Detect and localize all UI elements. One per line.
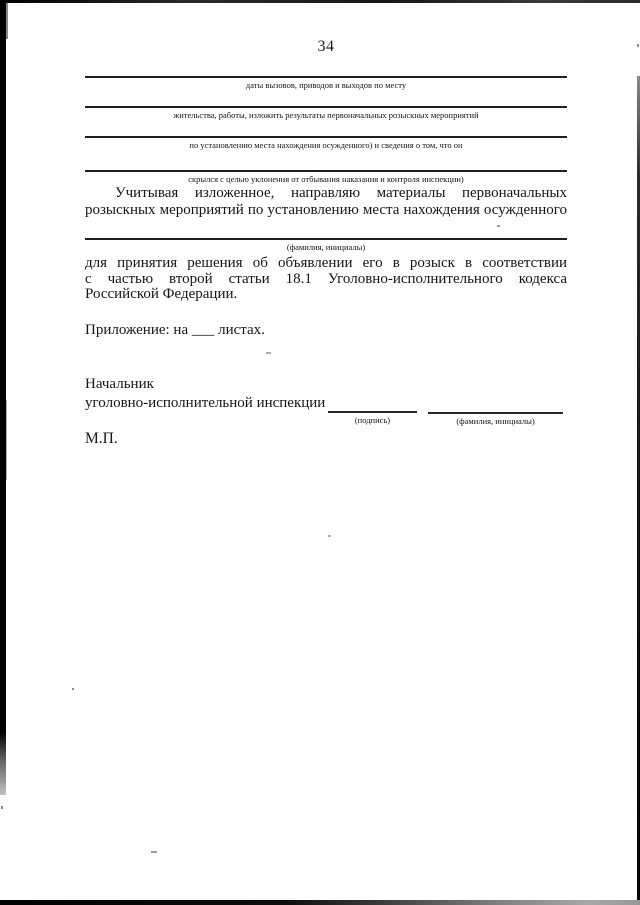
page-number: 34 xyxy=(85,38,567,56)
form-ruled-row-1: даты вызовов, приводов и выходов по мест… xyxy=(85,76,567,90)
name-caption: (фамилия, инициалы) xyxy=(428,417,563,426)
scan-edge-left-sliver xyxy=(6,400,7,480)
form-ruled-row-4: скрылся с целью уклонения от отбывания н… xyxy=(85,170,567,184)
paragraph-considering: Учитывая изложенное, направляю материалы… xyxy=(85,185,567,219)
scan-artifact xyxy=(497,225,500,227)
paragraph-line: Российской Федерации. xyxy=(85,287,567,303)
name-line-caption: (фамилия, инициалы) xyxy=(85,240,567,252)
ruled-line-caption: даты вызовов, приводов и выходов по мест… xyxy=(85,78,567,90)
paragraph-line: для принятия решения об объявлении его в… xyxy=(85,256,567,272)
scan-edge-top xyxy=(0,0,640,3)
attachment-note: Приложение: на ___ листах. xyxy=(85,322,265,338)
scan-artifact xyxy=(637,44,639,47)
scanned-document-page: 34 даты вызовов, приводов и выходов по м… xyxy=(0,0,640,905)
signer-title-line-1: Начальник xyxy=(85,376,154,393)
signature-blank-line xyxy=(328,411,417,413)
scan-artifact xyxy=(266,352,271,354)
signature-caption: (подпись) xyxy=(328,416,417,425)
form-ruled-row-3: по установлению места нахождения осужден… xyxy=(85,136,567,150)
scan-edge-left-sliver xyxy=(6,3,8,39)
scan-edge-left xyxy=(0,0,6,795)
ruled-line-caption: жительства, работы, изложить результаты … xyxy=(85,108,567,120)
scan-artifact xyxy=(151,851,157,853)
stamp-placeholder: М.П. xyxy=(85,430,118,448)
scan-artifact xyxy=(1,778,3,782)
form-ruled-row-2: жительства, работы, изложить результаты … xyxy=(85,106,567,120)
form-name-blank-row: (фамилия, инициалы) xyxy=(85,238,567,252)
paragraph-line: Учитывая изложенное, направляю материалы… xyxy=(85,185,567,202)
ruled-line-caption: скрылся с целью уклонения от отбывания н… xyxy=(85,172,567,184)
scan-artifact xyxy=(72,688,74,690)
scan-edge-bottom xyxy=(0,900,640,905)
ruled-line-caption: по установлению места нахождения осужден… xyxy=(85,138,567,150)
scan-artifact xyxy=(1,806,3,809)
paragraph-line: розыскных мероприятий по установлению ме… xyxy=(85,202,567,219)
scan-artifact xyxy=(328,535,331,537)
paragraph-decision: для принятия решения об объявлении его в… xyxy=(85,256,567,303)
paragraph-line: с частью второй статьи 18.1 Уголовно-исп… xyxy=(85,272,567,288)
signer-title-line-2: уголовно-исполнительной инспекции xyxy=(85,395,325,412)
name-blank-line xyxy=(428,412,563,414)
